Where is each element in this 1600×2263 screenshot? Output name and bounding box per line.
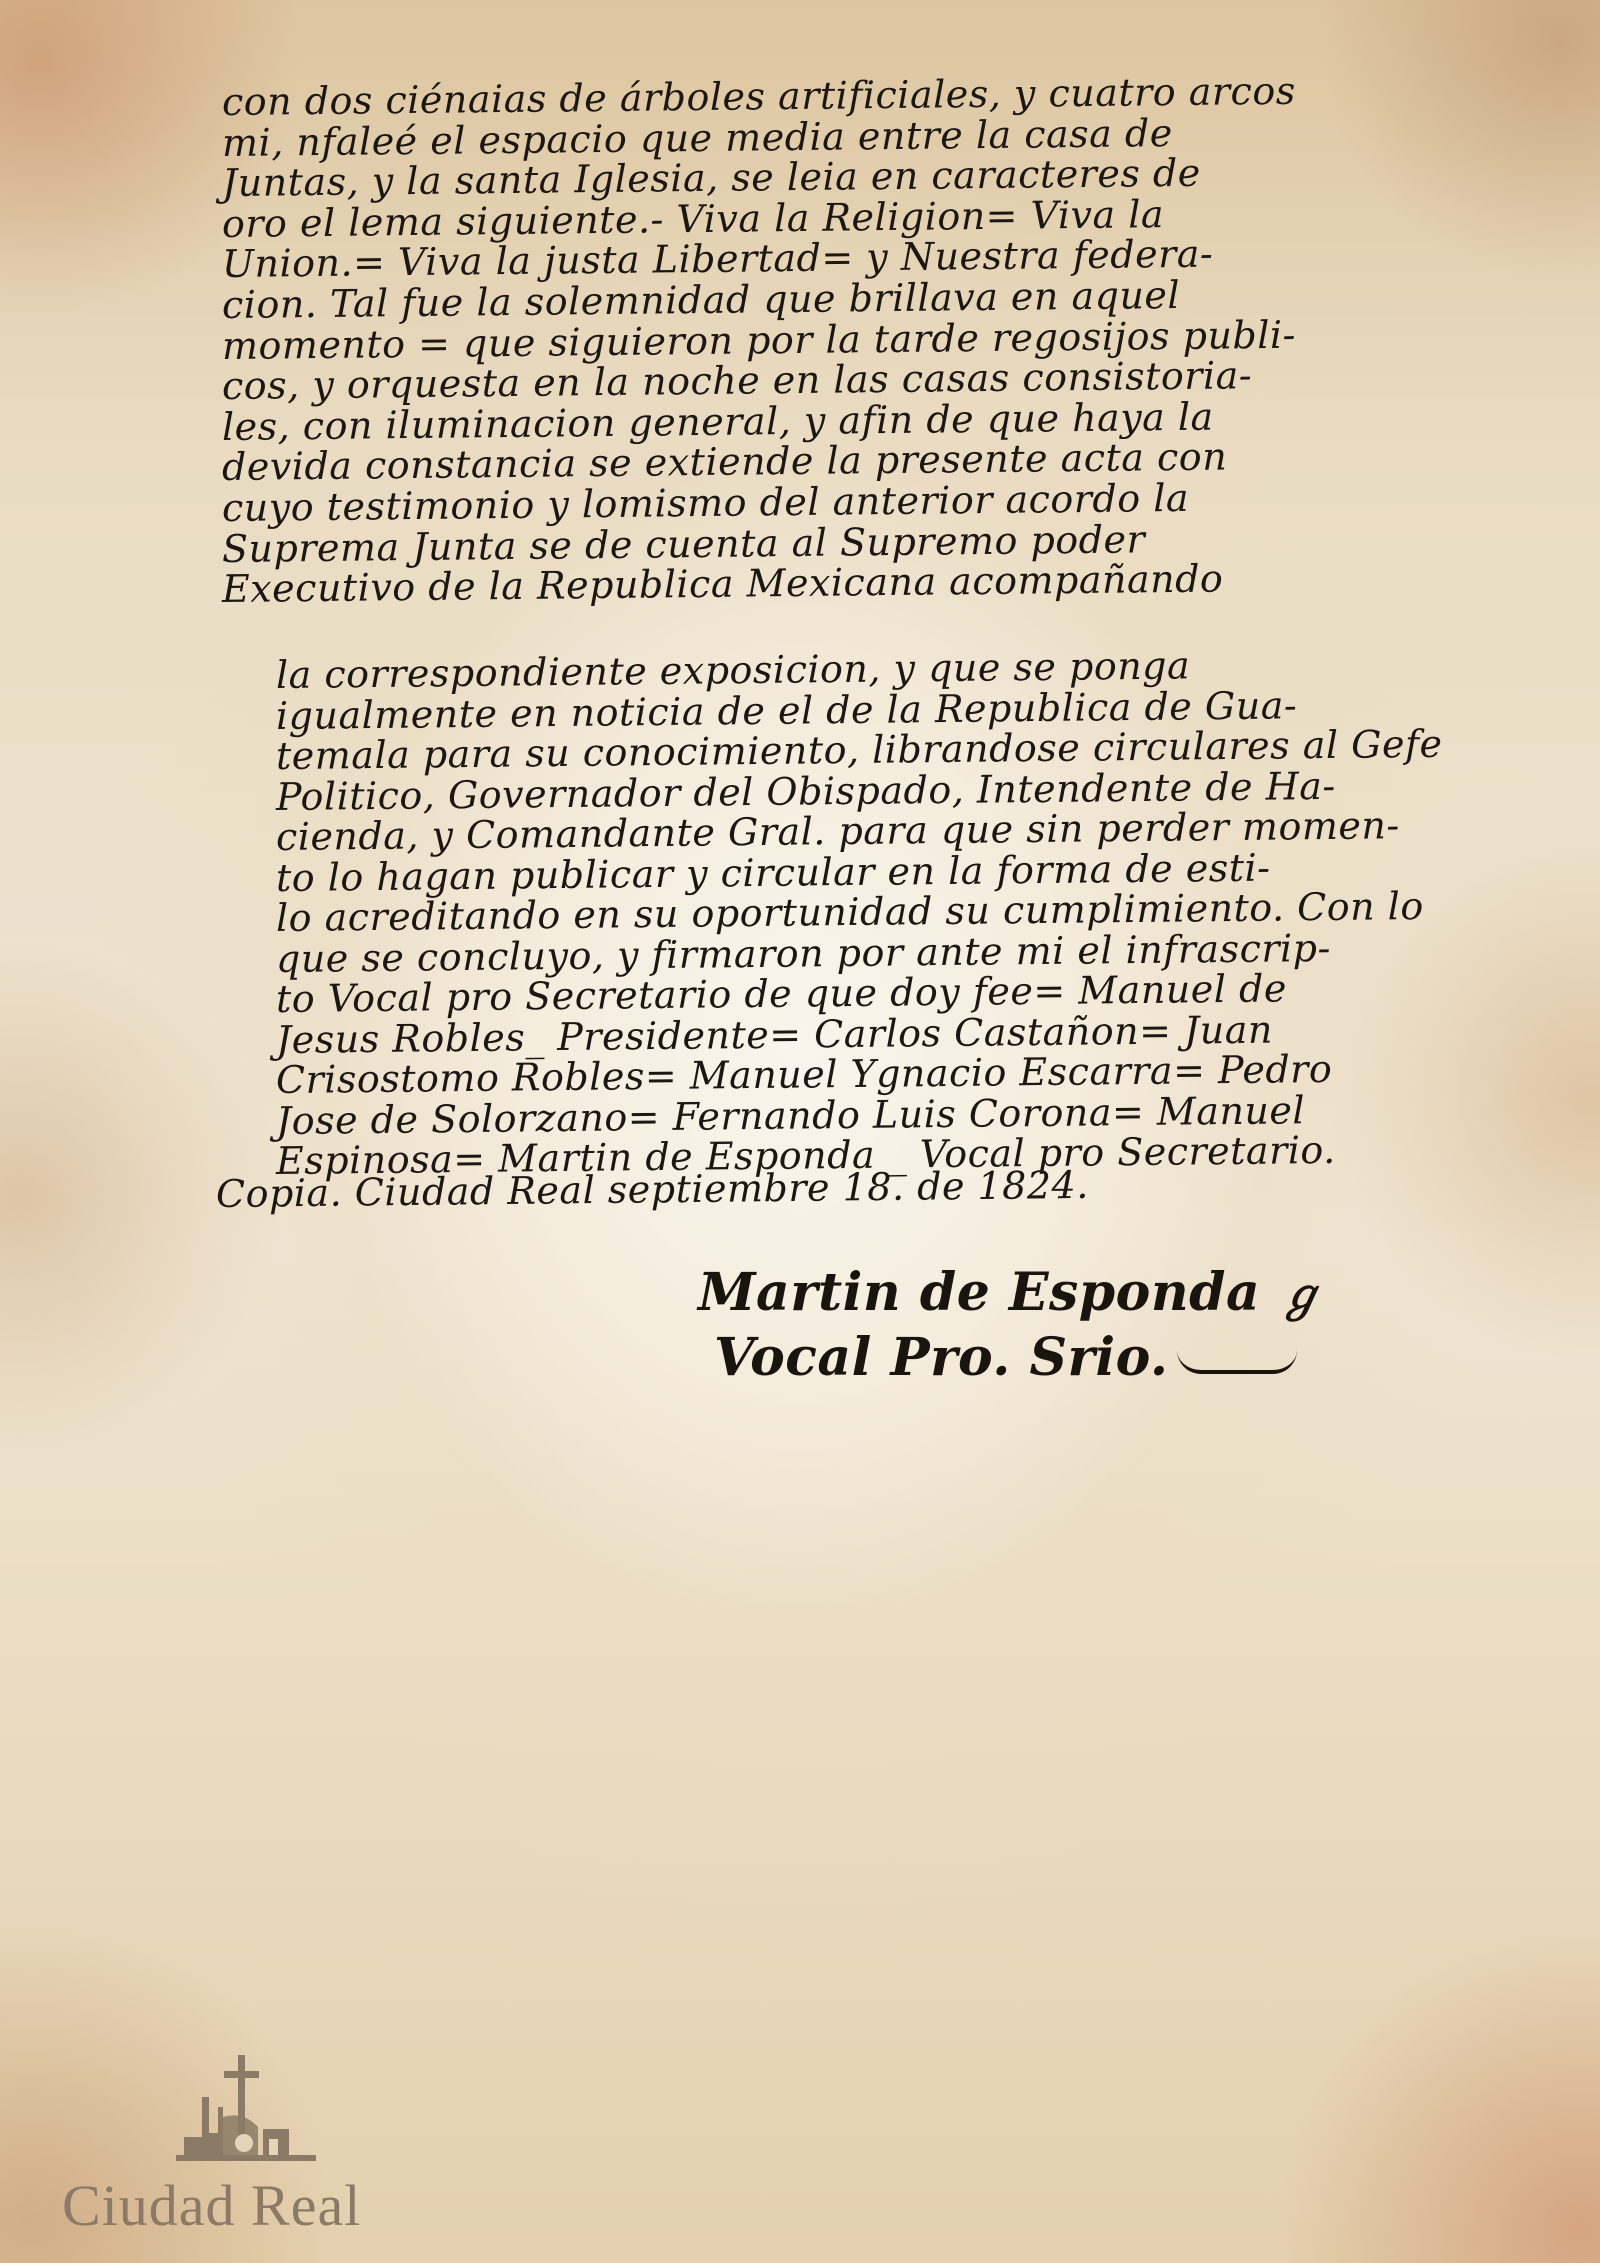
signature-block: Martin de Esponda ℊ Vocal Pro. Srio. — [698, 1262, 1323, 1389]
paragraph-1: con dos ciénaias de árboles artificiales… — [222, 82, 1452, 610]
dateline: Copia. Ciudad Real septiembre 18. de 182… — [216, 1165, 1089, 1215]
document-page: con dos ciénaias de árboles artificiales… — [0, 0, 1600, 2263]
manuscript-text: con dos ciénaias de árboles artificiales… — [222, 82, 1452, 610]
logo-text: Ciudad Real — [58, 2172, 398, 2239]
manuscript-line: Executivo de la Republica Mexicana acomp… — [222, 556, 1452, 609]
signature-name: Martin de Esponda ℊ — [698, 1262, 1323, 1327]
ciudad-real-logo: Ciudad Real — [58, 2055, 398, 2239]
signature-flourish-icon — [1177, 1350, 1297, 1374]
paragraph-2: la correspondiente exposicion, y que se … — [276, 655, 1443, 1182]
church-skyline-with-cross-icon — [168, 2055, 318, 2180]
signature-title: Vocal Pro. Srio. — [698, 1327, 1323, 1389]
